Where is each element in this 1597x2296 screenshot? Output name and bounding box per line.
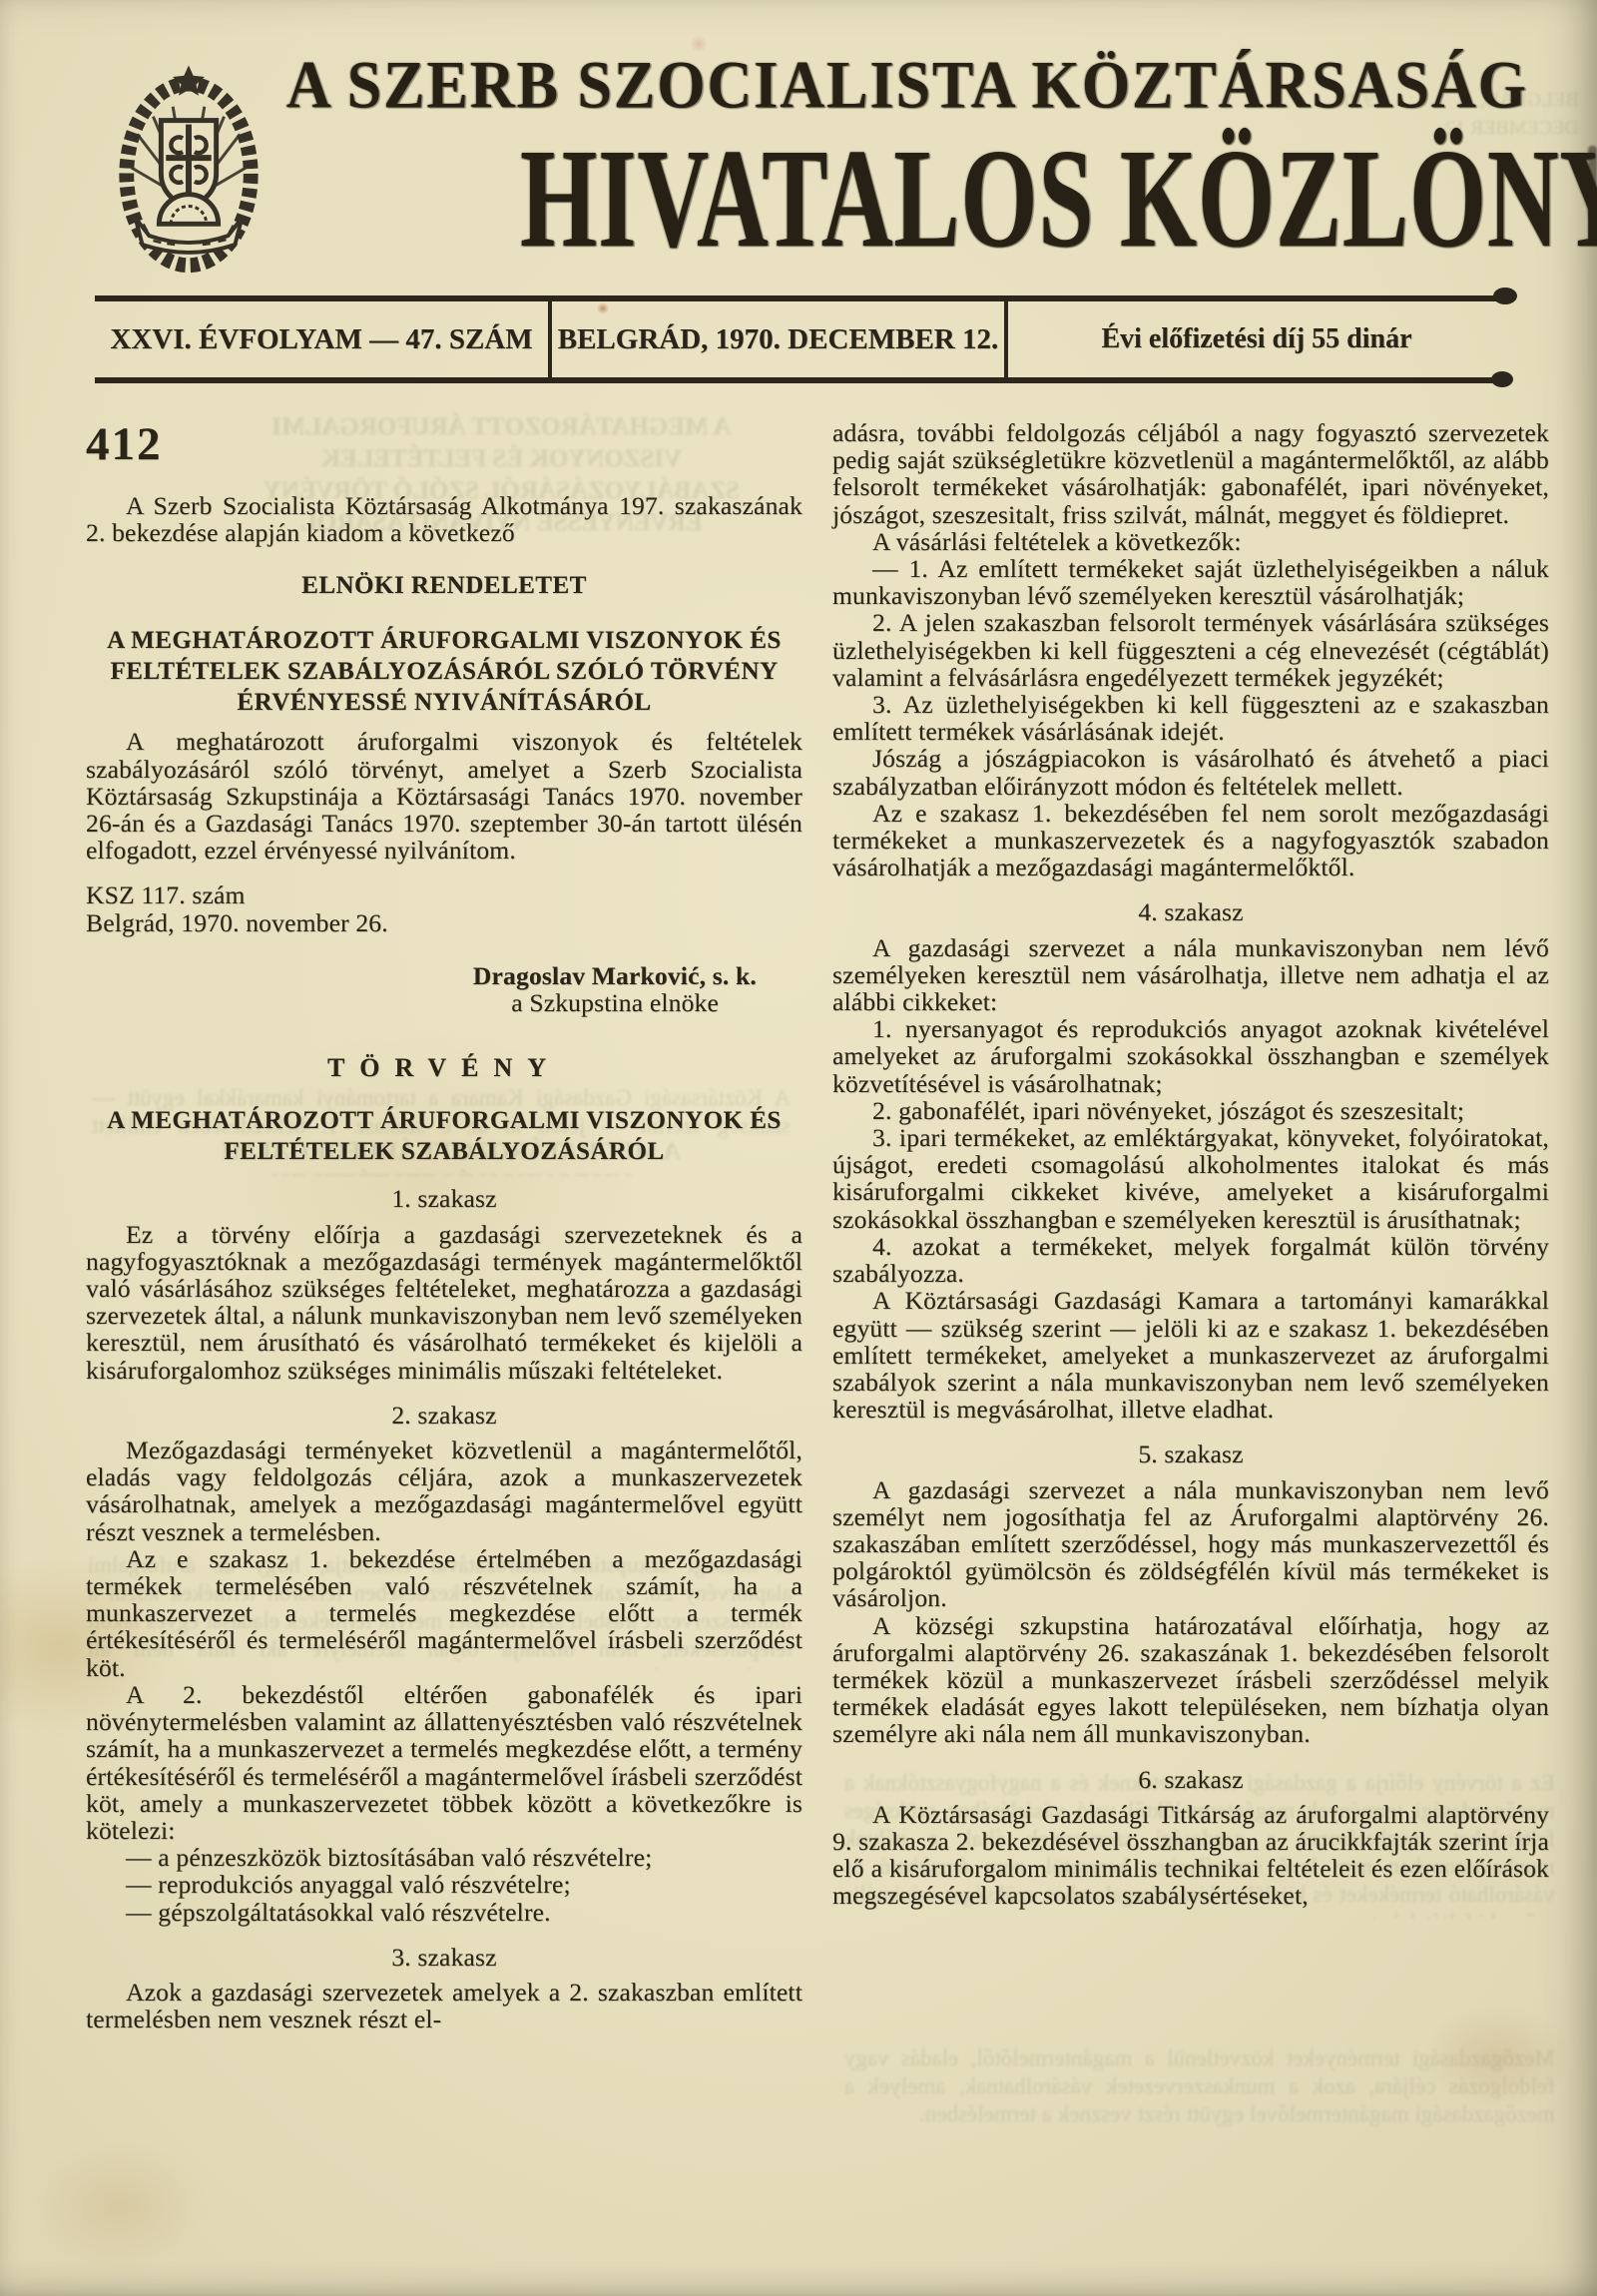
law-heading: TÖRVÉNY — [86, 1054, 802, 1081]
issue-volume-number: XXVI. ÉVFOLYAM — 47. SZÁM — [95, 301, 552, 377]
issue-info-bar: XXVI. ÉVFOLYAM — 47. SZÁM BELGRÁD, 1970.… — [95, 295, 1505, 383]
paragraph: 4. azokat a termékeket, melyek forgalmát… — [832, 1233, 1549, 1287]
paragraph: A 2. bekezdéstől eltérően gabonafélék és… — [86, 1681, 802, 1844]
paragraph: 2. A jelen szakaszban felsorolt terménye… — [832, 609, 1549, 691]
section-heading: 1. szakasz — [86, 1185, 802, 1212]
centered-heading: ELNÖKI RENDELETET — [86, 570, 802, 601]
masthead-title-line2: HIVATALOS KÖZLÖNYE — [520, 124, 1597, 273]
paragraph: 3. ipari termékeket, az emléktárgyakat, … — [832, 1124, 1549, 1233]
place-date-line: Belgrád, 1970. november 26. — [86, 909, 802, 936]
article-body: 412A Szerb Szocialista Köztársaság Alkot… — [86, 419, 1549, 2032]
paragraph: A gazdasági szervezet a nála munkaviszon… — [832, 934, 1549, 1016]
section-heading: 5. szakasz — [832, 1440, 1549, 1467]
masthead-title-line1: A SZERB SZOCIALISTA KÖZTÁRSASÁG — [286, 46, 1506, 124]
paragraph: A Szerb Szocialista Köztársaság Alkotmán… — [86, 492, 802, 546]
paragraph: Jószág a jószágpiacokon is vásárolható é… — [832, 745, 1549, 799]
section-heading: 4. szakasz — [832, 898, 1549, 925]
paragraph: A vásárlási feltételek a következők: — [832, 528, 1549, 555]
paragraph: Mezőgazdasági terményeket közvetlenül a … — [86, 1436, 802, 1545]
centered-heading: A MEGHATÁROZOTT ÁRUFORGALMI VISZONYOK ÉS… — [86, 625, 802, 718]
left-column: 412A Szerb Szocialista Köztársaság Alkot… — [86, 419, 802, 2032]
issue-place-date: BELGRÁD, 1970. DECEMBER 12. — [552, 301, 1008, 377]
paragraph: A meghatározott áruforgalmi viszonyok és… — [86, 728, 802, 863]
paragraph: Ez a törvény előírja a gazdasági szervez… — [86, 1221, 802, 1384]
section-heading: 6. szakasz — [832, 1766, 1549, 1793]
paragraph: Az e szakasz 1. bekezdése értelmében a m… — [86, 1545, 802, 1681]
paragraph: A Köztársasági Gazdasági Titkárság az ár… — [832, 1801, 1549, 1910]
signature-name: Dragoslav Marković, s. k. — [86, 962, 802, 989]
section-heading: 3. szakasz — [86, 1944, 802, 1971]
paragraph: A gazdasági szervezet a nála munkaviszon… — [832, 1476, 1549, 1612]
list-item: — gépszolgáltatásokkal való részvételre. — [86, 1899, 802, 1926]
paragraph: 1. nyersanyagot és reprodukciós anyagot … — [832, 1015, 1549, 1097]
gazette-scanned-page: A MEGHATÁROZOTT ÁRUFORGALMI VISZONYOK ÉS… — [0, 0, 1597, 2296]
paragraph: Az e szakasz 1. bekezdésében fel nem sor… — [832, 800, 1549, 881]
paragraph: 3. Az üzlethelyiségekben ki kell függesz… — [832, 691, 1549, 745]
right-column: adásra, további feldolgozás céljából a n… — [832, 419, 1549, 2032]
paragraph: 2. gabonafélét, ipari növényeket, jószág… — [832, 1097, 1549, 1124]
list-item: — a pénzeszközök biztosításában való rés… — [86, 1844, 802, 1871]
article-number: 412 — [86, 421, 802, 468]
signature-title: a Szkupstina elnöke — [86, 989, 802, 1016]
list-item: — reprodukciós anyaggal való részvételre… — [86, 1871, 802, 1898]
subscription-price: Évi előfizetési díj 55 dinár — [1008, 301, 1505, 377]
coat-of-arms-emblem — [110, 62, 267, 276]
masthead-titles: A SZERB SZOCIALISTA KÖZTÁRSASÁG HIVATALO… — [267, 48, 1525, 273]
paragraph: A Köztársasági Gazdasági Kamara a tartom… — [832, 1287, 1549, 1423]
paragraph: A községi szkupstina határozatával előír… — [832, 1612, 1549, 1748]
paragraph: — 1. Az említett termékeket saját üzleth… — [832, 555, 1549, 609]
bleed-through-text: Mezőgazdasági terményeket közvetlenül a … — [844, 2044, 1555, 2156]
centered-heading: A MEGHATÁROZOTT ÁRUFORGALMI VISZONYOK ÉS… — [86, 1105, 802, 1167]
paragraph: Azok a gazdasági szervezetek amelyek a 2… — [86, 1979, 802, 2032]
section-heading: 2. szakasz — [86, 1402, 802, 1429]
paragraph-continuation: adásra, további feldolgozás céljából a n… — [832, 419, 1549, 528]
reference-number-line: KSZ 117. szám — [86, 881, 802, 908]
masthead: A SZERB SZOCIALISTA KÖZTÁRSASÁG HIVATALO… — [0, 0, 1597, 295]
